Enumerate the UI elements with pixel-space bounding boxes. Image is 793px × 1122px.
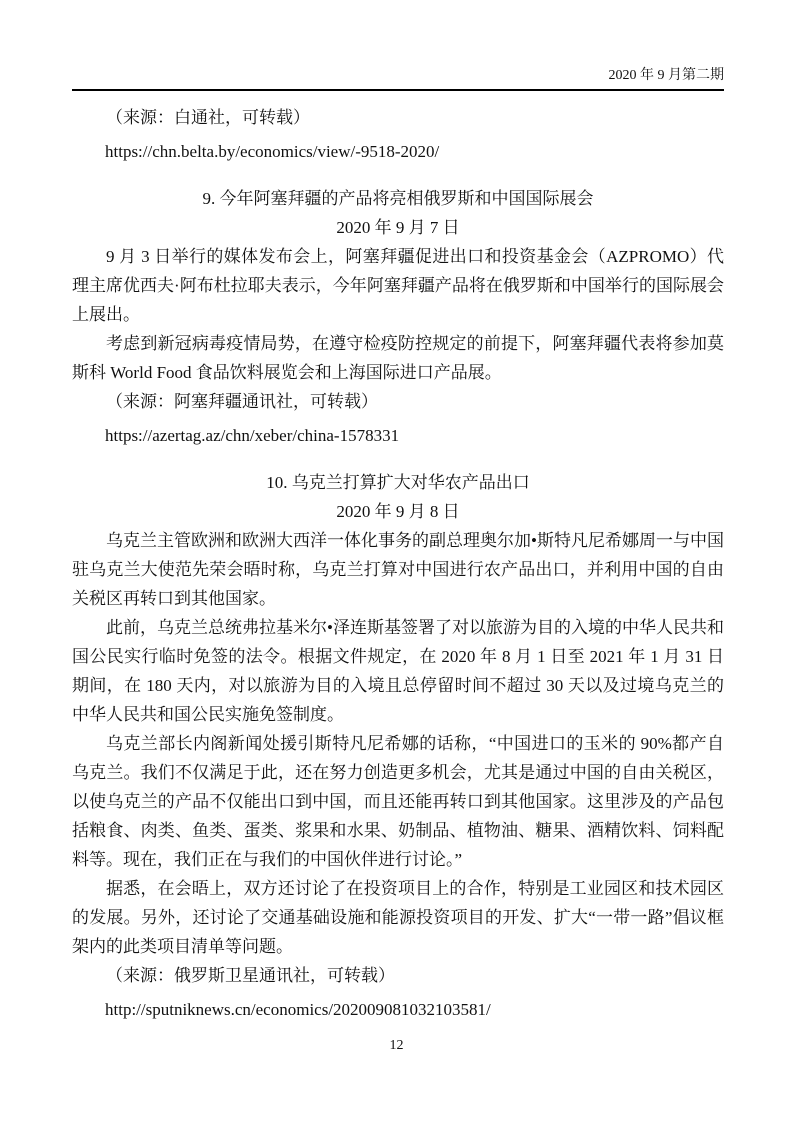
article-10-title: 10. 乌克兰打算扩大对华农产品出口 <box>72 468 724 497</box>
document-page: 2020 年 9 月第二期 （来源：白通社，可转载） https://chn.b… <box>0 0 793 1122</box>
article-10-paragraph: 据悉，在会晤上，双方还讨论了在投资项目上的合作，特别是工业园区和技术园区的发展。… <box>72 874 724 961</box>
article-9-paragraph: 9 月 3 日举行的媒体发布会上，阿塞拜疆促进出口和投资基金会（AZPROMO）… <box>72 242 724 329</box>
article-9-title: 9. 今年阿塞拜疆的产品将亮相俄罗斯和中国国际展会 <box>72 184 724 213</box>
article-9-paragraph: 考虑到新冠病毒疫情局势，在遵守检疫防控规定的前提下，阿塞拜疆代表将参加莫斯科 W… <box>72 329 724 387</box>
article-10-paragraph: 此前，乌克兰总统弗拉基米尔•泽连斯基签署了对以旅游为目的入境的中华人民共和国公民… <box>72 613 724 729</box>
article-10-url[interactable]: http://sputniknews.cn/economics/20200908… <box>72 995 724 1024</box>
prev-article-url[interactable]: https://chn.belta.by/economics/view/-951… <box>72 137 724 166</box>
article-9-date: 2020 年 9 月 7 日 <box>72 213 724 242</box>
article-9-source: （来源：阿塞拜疆通讯社，可转载） <box>72 387 724 416</box>
article-10-paragraph: 乌克兰主管欧洲和欧洲大西洋一体化事务的副总理奥尔加•斯特凡尼希娜周一与中国驻乌克… <box>72 526 724 613</box>
article-10-date: 2020 年 9 月 8 日 <box>72 497 724 526</box>
article-9-url[interactable]: https://azertag.az/chn/xeber/china-15783… <box>72 421 724 450</box>
page-content: （来源：白通社，可转载） https://chn.belta.by/econom… <box>0 91 793 1024</box>
article-10-paragraph: 乌克兰部长内阁新闻处援引斯特凡尼希娜的话称，“中国进口的玉米的 90%都产自乌克… <box>72 729 724 874</box>
page-footer: 12 <box>0 1036 793 1056</box>
prev-article-source: （来源：白通社，可转载） <box>72 103 724 132</box>
issue-label: 2020 年 9 月第二期 <box>72 66 724 86</box>
article-10-source: （来源：俄罗斯卫星通讯社，可转载） <box>72 961 724 990</box>
page-number: 12 <box>390 1038 404 1053</box>
page-header: 2020 年 9 月第二期 <box>0 0 793 91</box>
